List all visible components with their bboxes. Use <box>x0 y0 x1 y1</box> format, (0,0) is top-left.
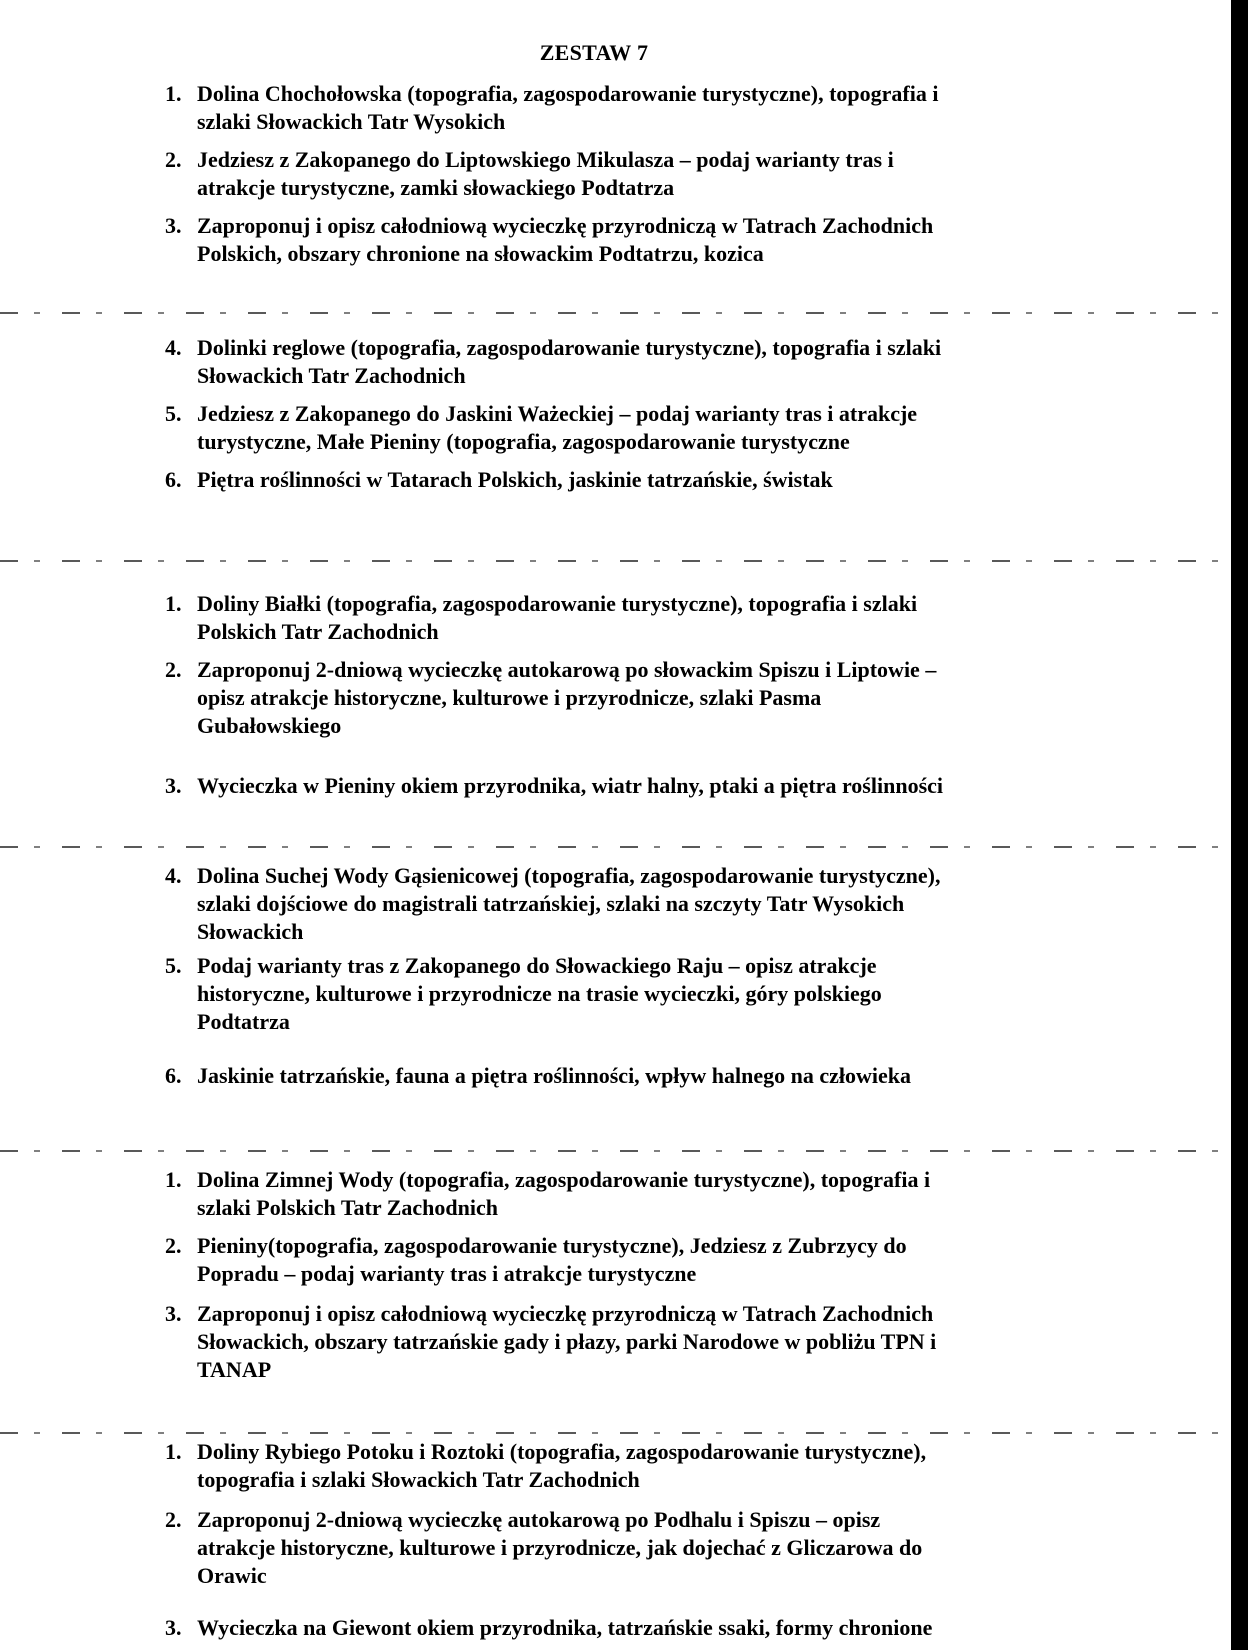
item-text: Podaj warianty tras z Zakopanego do Słow… <box>197 952 1065 1036</box>
item-text: Jedziesz z Zakopanego do Jaskini Ważecki… <box>197 400 1065 456</box>
list-item: 2. Jedziesz z Zakopanego do Liptowskiego… <box>165 146 1065 202</box>
list-item: 3. Zaproponuj i opisz całodniową wyciecz… <box>165 1300 1065 1384</box>
list-item: 6. Piętra roślinności w Tatarach Polskic… <box>165 466 1065 494</box>
item-number: 3. <box>165 212 195 240</box>
list-item: 1. Doliny Białki (topografia, zagospodar… <box>165 590 1065 646</box>
scan-edge-shadow <box>1231 0 1248 1650</box>
scanned-document-page: ZESTAW 7 1. Dolina Chochołowska (topogra… <box>0 0 1248 1650</box>
list-item: 1. Dolina Chochołowska (topografia, zago… <box>165 80 1065 136</box>
item-text: Piętra roślinności w Tatarach Polskich, … <box>197 466 1065 494</box>
item-number: 3. <box>165 1614 195 1642</box>
list-item: 4. Dolina Suchej Wody Gąsienicowej (topo… <box>165 862 1065 946</box>
item-text: Wycieczka na Giewont okiem przyrodnika, … <box>197 1614 1065 1642</box>
list-item: 5. Jedziesz z Zakopanego do Jaskini Waże… <box>165 400 1065 456</box>
item-number: 6. <box>165 466 195 494</box>
item-number: 5. <box>165 952 195 980</box>
item-number: 1. <box>165 1438 195 1466</box>
item-number: 1. <box>165 1166 195 1194</box>
item-text: Jedziesz z Zakopanego do Liptowskiego Mi… <box>197 146 1065 202</box>
item-number: 3. <box>165 772 195 800</box>
item-text: Dolina Suchej Wody Gąsienicowej (topogra… <box>197 862 1065 946</box>
list-item: 2. Pieniny(topografia, zagospodarowanie … <box>165 1232 1065 1288</box>
item-number: 1. <box>165 80 195 108</box>
item-number: 4. <box>165 862 195 890</box>
list-item: 2. Zaproponuj 2-dniową wycieczkę autokar… <box>165 656 1065 740</box>
item-number: 2. <box>165 146 195 174</box>
cut-line-separator <box>0 1432 1230 1434</box>
list-item: 6. Jaskinie tatrzańskie, fauna a piętra … <box>165 1062 1065 1090</box>
list-item: 3. Wycieczka w Pieniny okiem przyrodnika… <box>165 772 1065 800</box>
item-text: Zaproponuj i opisz całodniową wycieczkę … <box>197 212 1065 268</box>
list-item: 5. Podaj warianty tras z Zakopanego do S… <box>165 952 1065 1036</box>
item-number: 3. <box>165 1300 195 1328</box>
item-text: Zaproponuj i opisz całodniową wycieczkę … <box>197 1300 1065 1384</box>
item-text: Dolina Chochołowska (topografia, zagospo… <box>197 80 1065 136</box>
list-item: 3. Zaproponuj i opisz całodniową wyciecz… <box>165 212 1065 268</box>
item-text: Jaskinie tatrzańskie, fauna a piętra roś… <box>197 1062 1065 1090</box>
item-number: 2. <box>165 1506 195 1534</box>
document-title: ZESTAW 7 <box>0 40 1188 66</box>
item-text: Zaproponuj 2-dniową wycieczkę autokarową… <box>197 656 1065 740</box>
item-text: Zaproponuj 2-dniową wycieczkę autokarową… <box>197 1506 1065 1590</box>
item-number: 5. <box>165 400 195 428</box>
item-text: Pieniny(topografia, zagospodarowanie tur… <box>197 1232 1065 1288</box>
cut-line-separator <box>0 312 1230 314</box>
list-item: 1. Dolina Zimnej Wody (topografia, zagos… <box>165 1166 1065 1222</box>
item-text: Doliny Białki (topografia, zagospodarowa… <box>197 590 1065 646</box>
cut-line-separator <box>0 560 1230 562</box>
list-item: 2. Zaproponuj 2-dniową wycieczkę autokar… <box>165 1506 1065 1590</box>
list-item: 3. Wycieczka na Giewont okiem przyrodnik… <box>165 1614 1065 1642</box>
list-item: 4. Dolinki reglowe (topografia, zagospod… <box>165 334 1065 390</box>
item-number: 2. <box>165 1232 195 1260</box>
item-text: Dolina Zimnej Wody (topografia, zagospod… <box>197 1166 1065 1222</box>
item-number: 1. <box>165 590 195 618</box>
item-text: Dolinki reglowe (topografia, zagospodaro… <box>197 334 1065 390</box>
cut-line-separator <box>0 846 1230 848</box>
item-number: 2. <box>165 656 195 684</box>
cut-line-separator <box>0 1150 1230 1152</box>
item-text: Doliny Rybiego Potoku i Roztoki (topogra… <box>197 1438 1065 1494</box>
item-text: Wycieczka w Pieniny okiem przyrodnika, w… <box>197 772 1065 800</box>
item-number: 4. <box>165 334 195 362</box>
list-item: 1. Doliny Rybiego Potoku i Roztoki (topo… <box>165 1438 1065 1494</box>
item-number: 6. <box>165 1062 195 1090</box>
